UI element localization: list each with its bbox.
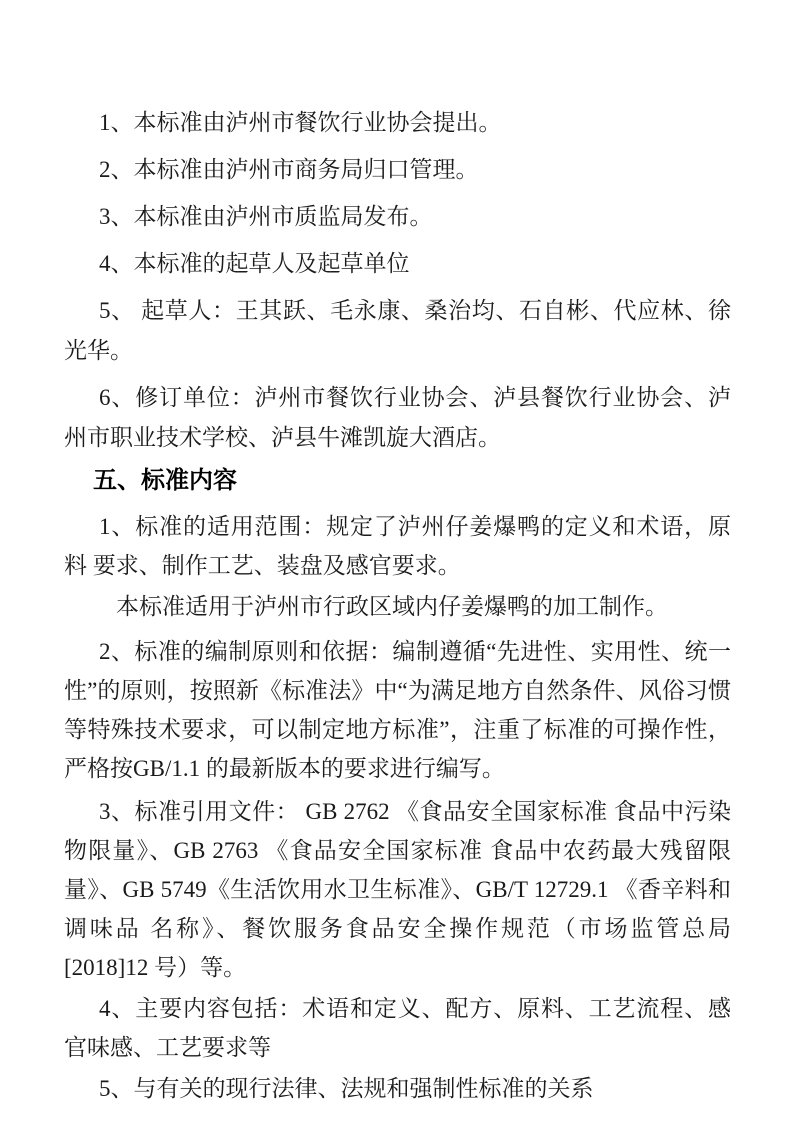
content-paragraph-relations: 5、与有关的现行法律、法规和强制性标准的关系 — [64, 1069, 731, 1108]
intro-paragraph-3: 3、本标准由泸州市质监局发布。 — [64, 197, 731, 237]
content-paragraph-applicability: 本标准适用于泸州市行政区域内仔姜爆鸭的加工制作。 — [64, 587, 731, 626]
intro-paragraph-2: 2、本标准由泸州市商务局归口管理。 — [64, 150, 731, 190]
document-page: 1、本标准由泸州市餐饮行业协会提出。 2、本标准由泸州市商务局归口管理。 3、本… — [0, 0, 793, 1122]
content-paragraph-principles: 2、标准的编制原则和依据：编制遵循“先进性、实用性、统一性”的原则，按照新《标准… — [64, 632, 731, 788]
content-paragraph-scope: 1、标准的适用范围：规定了泸州仔姜爆鸭的定义和术语，原料 要求、制作工艺、装盘及… — [64, 507, 731, 585]
intro-paragraph-1: 1、本标准由泸州市餐饮行业协会提出。 — [64, 103, 731, 143]
intro-paragraph-4: 4、本标准的起草人及起草单位 — [64, 244, 731, 284]
intro-paragraph-5: 5、 起草人：王其跃、毛永康、桑治均、石自彬、代应林、徐光华。 — [64, 291, 731, 371]
content-paragraph-references: 3、标准引用文件： GB 2762 《食品安全国家标准 食品中污染物限量》、GB… — [64, 792, 731, 987]
content-paragraph-main-content: 4、主要内容包括：术语和定义、配方、原料、工艺流程、感官味感、工艺要求等 — [64, 989, 731, 1067]
section-heading: 五、标准内容 — [64, 465, 731, 495]
intro-paragraph-6: 6、修订单位：泸州市餐饮行业协会、泸县餐饮行业协会、泸州市职业技术学校、泸县牛滩… — [64, 378, 731, 458]
